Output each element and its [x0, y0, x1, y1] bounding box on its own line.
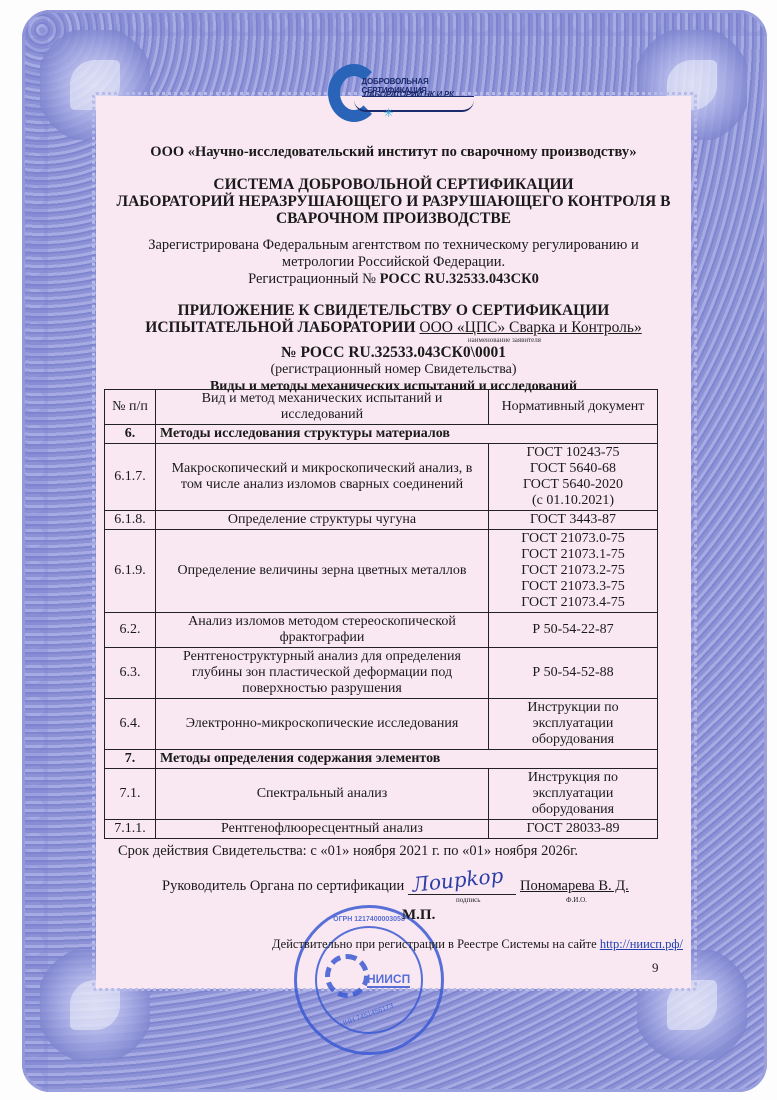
row-docs: ГОСТ 3443-87	[489, 511, 658, 530]
normative-doc: ГОСТ 21073.3-75	[493, 579, 653, 595]
normative-doc: ГОСТ 21073.4-75	[493, 595, 653, 611]
official-seal-stamp: ОГРН 1217400003058 НИИСП ИНН 7451456173	[294, 905, 444, 1055]
normative-doc: Инструкция по	[493, 770, 653, 786]
normative-doc: эксплуатации	[493, 716, 653, 732]
table-row: 7.1.1.Рентгенофлюоресцентный анализГОСТ …	[105, 820, 658, 839]
normative-doc: ГОСТ 10243-75	[493, 445, 653, 461]
appendix-title-line: ПРИЛОЖЕНИЕ К СВИДЕТЕЛЬСТВУ О СЕРТИФИКАЦИ…	[96, 302, 691, 319]
header-doc: Нормативный документ	[489, 390, 658, 425]
normative-doc: эксплуатации	[493, 786, 653, 802]
normative-doc: ГОСТ 21073.2-75	[493, 563, 653, 579]
methods-table: № п/п Вид и метод механических испытаний…	[104, 389, 658, 839]
row-num: 6.1.7.	[105, 444, 156, 511]
system-title-line: СВАРОЧНОМ ПРОИЗВОДСТВЕ	[96, 210, 691, 227]
applicant-name: ООО «ЦПС» Сварка и Контроль»	[419, 319, 641, 336]
appendix-title-line: ИСПЫТАТЕЛЬНОЙ ЛАБОРАТОРИИ ООО «ЦПС» Свар…	[96, 319, 691, 336]
row-num: 6.1.8.	[105, 511, 156, 530]
signature-caption: подпись	[456, 896, 480, 904]
registration-number-label: Регистрационный №	[248, 271, 380, 287]
registration-info: Зарегистрирована Федеральным агентством …	[96, 237, 691, 288]
header-num: № п/п	[105, 390, 156, 425]
head-name: Пономарева В. Д.	[520, 878, 629, 895]
table-row: 6.2.Анализ изломов методом стереоскопиче…	[105, 613, 658, 648]
registration-line: метрологии Российской Федерации.	[96, 254, 691, 271]
registry-note-text: Действительно при регистрации в Реестре …	[272, 937, 600, 951]
normative-doc: (с 01.10.2021)	[493, 493, 653, 509]
row-num: 6.1.9.	[105, 530, 156, 613]
stamp-center-label: НИИСП	[367, 972, 410, 988]
registration-number: РОСС RU.32533.043СК0	[380, 271, 539, 287]
appendix-lab-label: ИСПЫТАТЕЛЬНОЙ ЛАБОРАТОРИИ	[145, 319, 415, 336]
row-num: 6.2.	[105, 613, 156, 648]
validity-period: Срок действия Свидетельства: с «01» нояб…	[118, 843, 578, 860]
table-row: 6.1.9.Определение величины зерна цветных…	[105, 530, 658, 613]
logo-line2: ЛАБОРАТОРИЙ НК И РК	[364, 90, 454, 99]
row-method: Определение величины зерна цветных метал…	[156, 530, 489, 613]
row-method: Анализ изломов методом стереоскопической…	[156, 613, 489, 648]
table-header-row: № п/п Вид и метод механических испытаний…	[105, 390, 658, 425]
name-caption: Ф.И.О.	[566, 896, 587, 904]
system-title: СИСТЕМА ДОБРОВОЛЬНОЙ СЕРТИФИКАЦИИ ЛАБОРА…	[96, 176, 691, 227]
row-docs: Р 50-54-52-88	[489, 648, 658, 699]
methods-table-body: 6.Методы исследования структуры материал…	[105, 425, 658, 839]
seal-label: М.П.	[402, 907, 435, 924]
head-label: Руководитель Органа по сертификации	[162, 878, 404, 894]
row-docs: Инструкция поэксплуатацииоборудования	[489, 769, 658, 820]
appendix-title: ПРИЛОЖЕНИЕ К СВИДЕТЕЛЬСТВУ О СЕРТИФИКАЦИ…	[96, 302, 691, 336]
normative-doc: ГОСТ 21073.0-75	[493, 531, 653, 547]
row-method: Макроскопический и микроскопический анал…	[156, 444, 489, 511]
normative-doc: ГОСТ 28033-89	[493, 821, 653, 837]
certificate-number: № РОСС RU.32533.043СК0\0001	[96, 344, 691, 362]
organization-name: ООО «Научно-исследовательский институт п…	[96, 144, 691, 161]
page-number: 9	[652, 960, 659, 976]
signature-line: Руководитель Органа по сертификации Лoup…	[162, 878, 516, 895]
registry-site-link[interactable]: http://ниисп.рф/	[600, 937, 683, 951]
section-title: Методы исследования структуры материалов	[156, 425, 658, 444]
row-num: 7.1.1.	[105, 820, 156, 839]
normative-doc: оборудования	[493, 732, 653, 748]
logo-swoosh-icon	[354, 100, 474, 112]
stamp-inn: ИНН 7451456173	[339, 1003, 394, 1029]
system-title-line: ЛАБОРАТОРИЙ НЕРАЗРУШАЮЩЕГО И РАЗРУШАЮЩЕГ…	[96, 193, 691, 210]
registration-line: Зарегистрирована Федеральным агентством …	[96, 237, 691, 254]
row-docs: Инструкции поэксплуатацииоборудования	[489, 699, 658, 750]
row-num: 7.1.	[105, 769, 156, 820]
system-title-line: СИСТЕМА ДОБРОВОЛЬНОЙ СЕРТИФИКАЦИИ	[96, 176, 691, 193]
row-docs: Р 50-54-22-87	[489, 613, 658, 648]
normative-doc: ГОСТ 5640-2020	[493, 477, 653, 493]
table-row: 6.4.Электронно-микроскопические исследов…	[105, 699, 658, 750]
table-row: 6.3.Рентгеноструктурный анализ для опред…	[105, 648, 658, 699]
normative-doc: оборудования	[493, 802, 653, 818]
row-num: 6.4.	[105, 699, 156, 750]
signature-field: Лoupkop	[408, 880, 516, 895]
certificate-content: ДОБРОВОЛЬНАЯ СЕРТИФИКАЦИЯ ЛАБОРАТОРИЙ НК…	[96, 60, 691, 395]
row-method: Определение структуры чугуна	[156, 511, 489, 530]
row-num: 7.	[105, 750, 156, 769]
row-method: Электронно-микроскопические исследования	[156, 699, 489, 750]
certification-logo: ДОБРОВОЛЬНАЯ СЕРТИФИКАЦИЯ ЛАБОРАТОРИЙ НК…	[314, 60, 474, 130]
table-row: 6.1.7.Макроскопический и микроскопически…	[105, 444, 658, 511]
row-method: Рентгеноструктурный анализ для определен…	[156, 648, 489, 699]
row-num: 6.	[105, 425, 156, 444]
registration-number-line: Регистрационный № РОСС RU.32533.043СК0	[96, 271, 691, 288]
row-docs: ГОСТ 28033-89	[489, 820, 658, 839]
table-section-row: 6.Методы исследования структуры материал…	[105, 425, 658, 444]
row-docs: ГОСТ 21073.0-75ГОСТ 21073.1-75ГОСТ 21073…	[489, 530, 658, 613]
normative-doc: Р 50-54-52-88	[493, 665, 653, 681]
normative-doc: Р 50-54-22-87	[493, 622, 653, 638]
normative-doc: Инструкции по	[493, 700, 653, 716]
registry-note: Действительно при регистрации в Реестре …	[272, 937, 683, 952]
row-num: 6.3.	[105, 648, 156, 699]
stamp-gear-icon	[325, 954, 369, 998]
normative-doc: ГОСТ 21073.1-75	[493, 547, 653, 563]
row-method: Спектральный анализ	[156, 769, 489, 820]
normative-doc: ГОСТ 3443-87	[493, 512, 653, 528]
row-method: Рентгенофлюоресцентный анализ	[156, 820, 489, 839]
certificate-number-caption: (регистрационный номер Свидетельства)	[96, 362, 691, 378]
applicant-caption: наименование заявителя	[96, 336, 541, 344]
table-row: 7.1.Спектральный анализИнструкция поэксп…	[105, 769, 658, 820]
section-title: Методы определения содержания элементов	[156, 750, 658, 769]
normative-doc: ГОСТ 5640-68	[493, 461, 653, 477]
logo-spark-icon: ✳	[384, 106, 394, 121]
table-section-row: 7.Методы определения содержания элементо…	[105, 750, 658, 769]
table-row: 6.1.8.Определение структуры чугунаГОСТ 3…	[105, 511, 658, 530]
header-method: Вид и метод механических испытаний и исс…	[156, 390, 489, 425]
row-docs: ГОСТ 10243-75ГОСТ 5640-68ГОСТ 5640-2020(…	[489, 444, 658, 511]
